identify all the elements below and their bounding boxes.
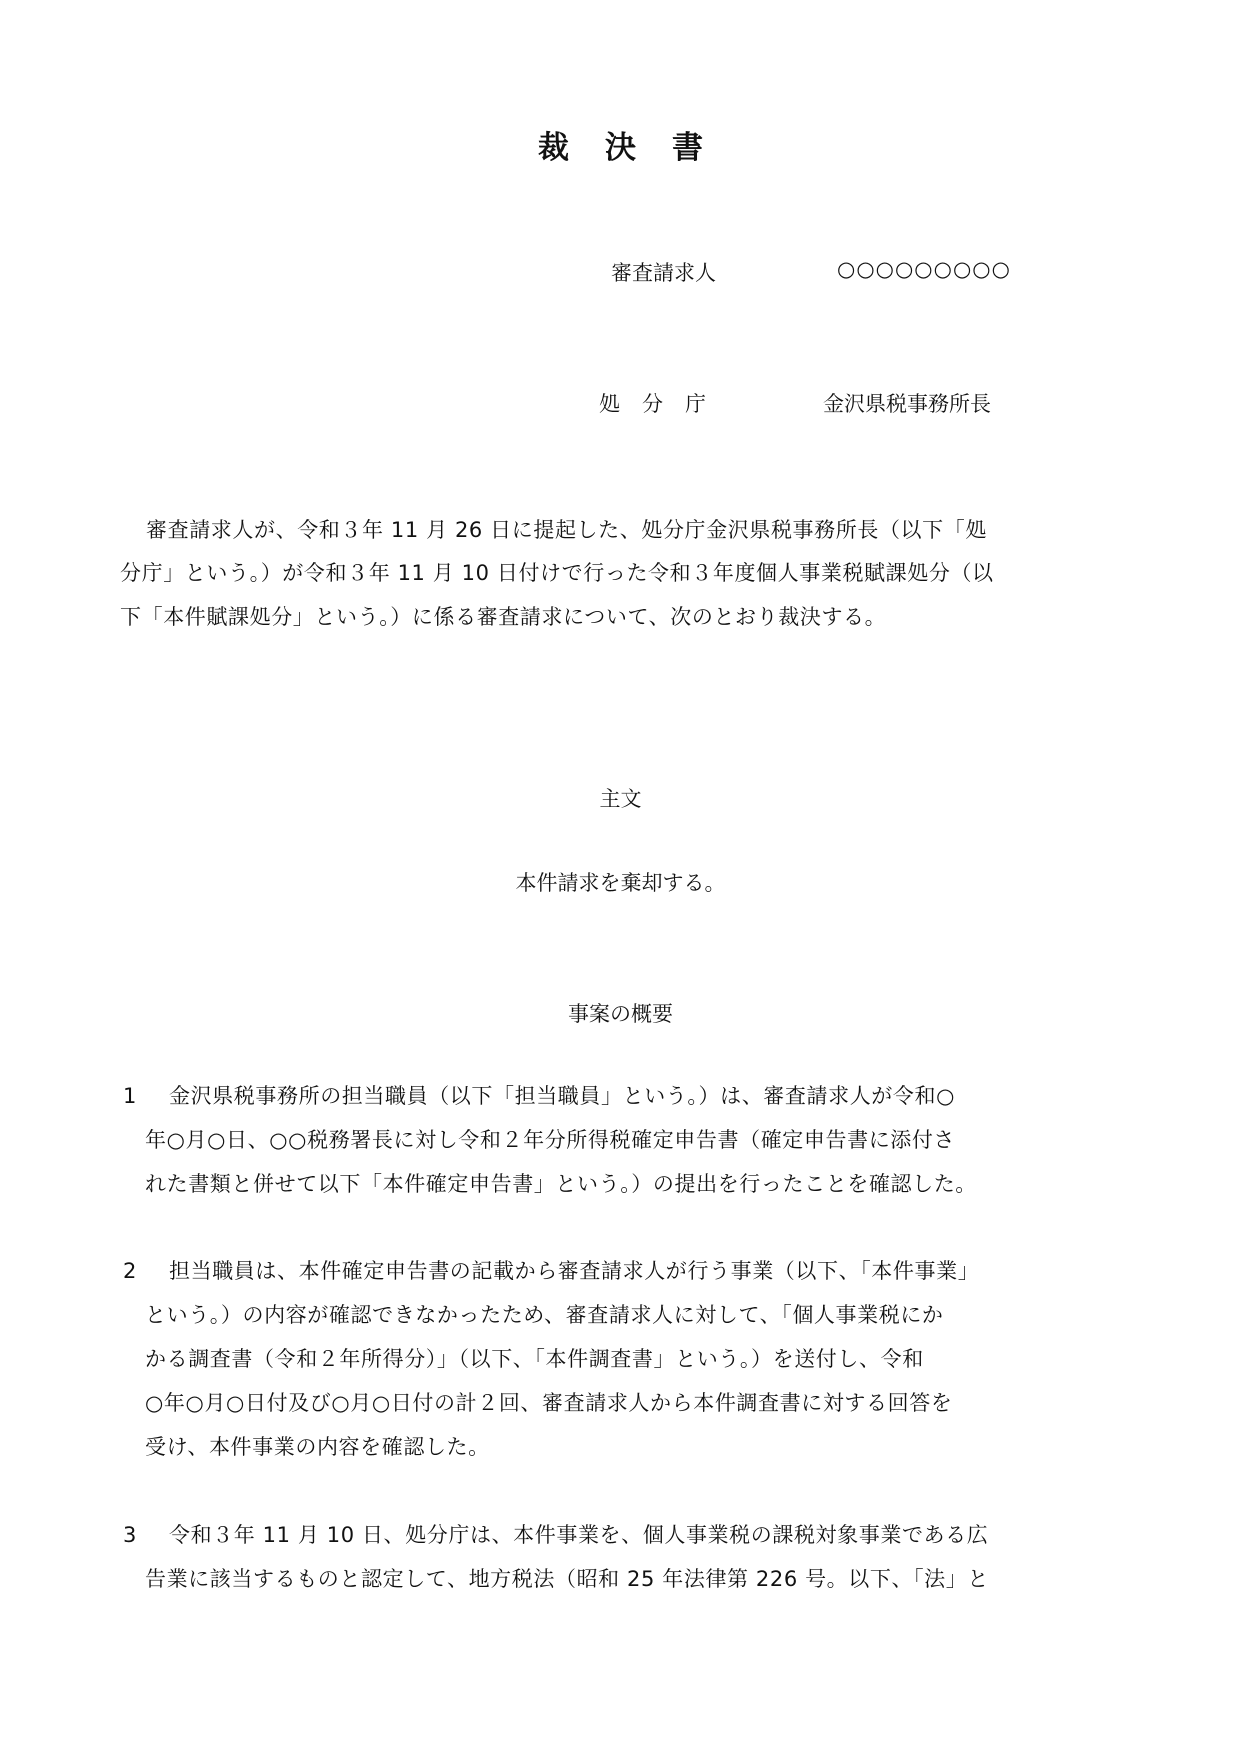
- preamble-line: 分庁」という。）が令和３年 11 月 10 日付けで行った令和３年度個人事業税賦…: [120, 558, 994, 588]
- item-line: 受け、本件事業の内容を確認した。: [145, 1432, 490, 1462]
- title-char: 書: [672, 122, 703, 167]
- authority-label: 処分庁: [599, 388, 706, 418]
- item-line: かる調査書（令和２年所得分）」（以下、「本件調査書」という。）を送付し、令和: [145, 1344, 924, 1374]
- title-char: 決: [605, 122, 636, 167]
- item-line: という。）の内容が確認できなかったため、審査請求人に対して、「個人事業税にか: [145, 1300, 944, 1330]
- title-char: 裁: [538, 122, 569, 167]
- requester-label: 審査請求人: [611, 257, 716, 287]
- document-title: 裁決書: [0, 122, 1241, 167]
- document-page: 裁決書 審査請求人 ○○○○○○○○○ 処分庁 金沢県税事務所長 審査請求人が、…: [0, 0, 1241, 1755]
- authority-label-char: 庁: [685, 388, 706, 418]
- item-line: 担当職員は、本件確定申告書の記載から審査請求人が行う事業（以下、「本件事業」: [169, 1259, 979, 1283]
- authority-value: 金沢県税事務所長: [823, 388, 991, 418]
- item-line: 金沢県税事務所の担当職員（以下「担当職員」という。）は、審査請求人が令和○: [169, 1084, 955, 1108]
- item-first-line: 1金沢県税事務所の担当職員（以下「担当職員」という。）は、審査請求人が令和○: [123, 1081, 955, 1111]
- item-first-line: 3令和３年 11 月 10 日、処分庁は、本件事業を、個人事業税の課税対象事業で…: [123, 1520, 988, 1550]
- main-text-heading: 主文: [0, 783, 1241, 813]
- summary-heading: 事案の概要: [0, 998, 1241, 1028]
- item-line: 令和３年 11 月 10 日、処分庁は、本件事業を、個人事業税の課税対象事業であ…: [169, 1523, 988, 1547]
- item-line: れた書類と併せて以下「本件確定申告書」という。）の提出を行ったことを確認した。: [145, 1169, 977, 1199]
- item-number: 3: [123, 1520, 169, 1550]
- authority-label-char: 処: [599, 388, 642, 418]
- main-text-body: 本件請求を棄却する。: [0, 867, 1241, 897]
- item-first-line: 2担当職員は、本件確定申告書の記載から審査請求人が行う事業（以下、「本件事業」: [123, 1256, 979, 1286]
- authority-label-char: 分: [642, 388, 685, 418]
- item-line: 告業に該当するものと認定して、地方税法（昭和 25 年法律第 226 号。以下、…: [145, 1564, 989, 1594]
- item-number: 2: [123, 1256, 169, 1286]
- preamble-line: 下「本件賦課処分」という。）に係る審査請求について、次のとおり裁決する。: [120, 602, 886, 632]
- item-line: ○年○月○日付及び○月○日付の計２回、審査請求人から本件調査書に対する回答を: [145, 1388, 952, 1418]
- item-line: 年○月○日、○○税務署長に対し令和２年分所得税確定申告書（確定申告書に添付さ: [145, 1125, 955, 1155]
- item-number: 1: [123, 1081, 169, 1111]
- requester-value: ○○○○○○○○○: [837, 257, 1011, 281]
- preamble-line: 審査請求人が、令和３年 11 月 26 日に提起した、処分庁金沢県税事務所長（以…: [146, 515, 987, 545]
